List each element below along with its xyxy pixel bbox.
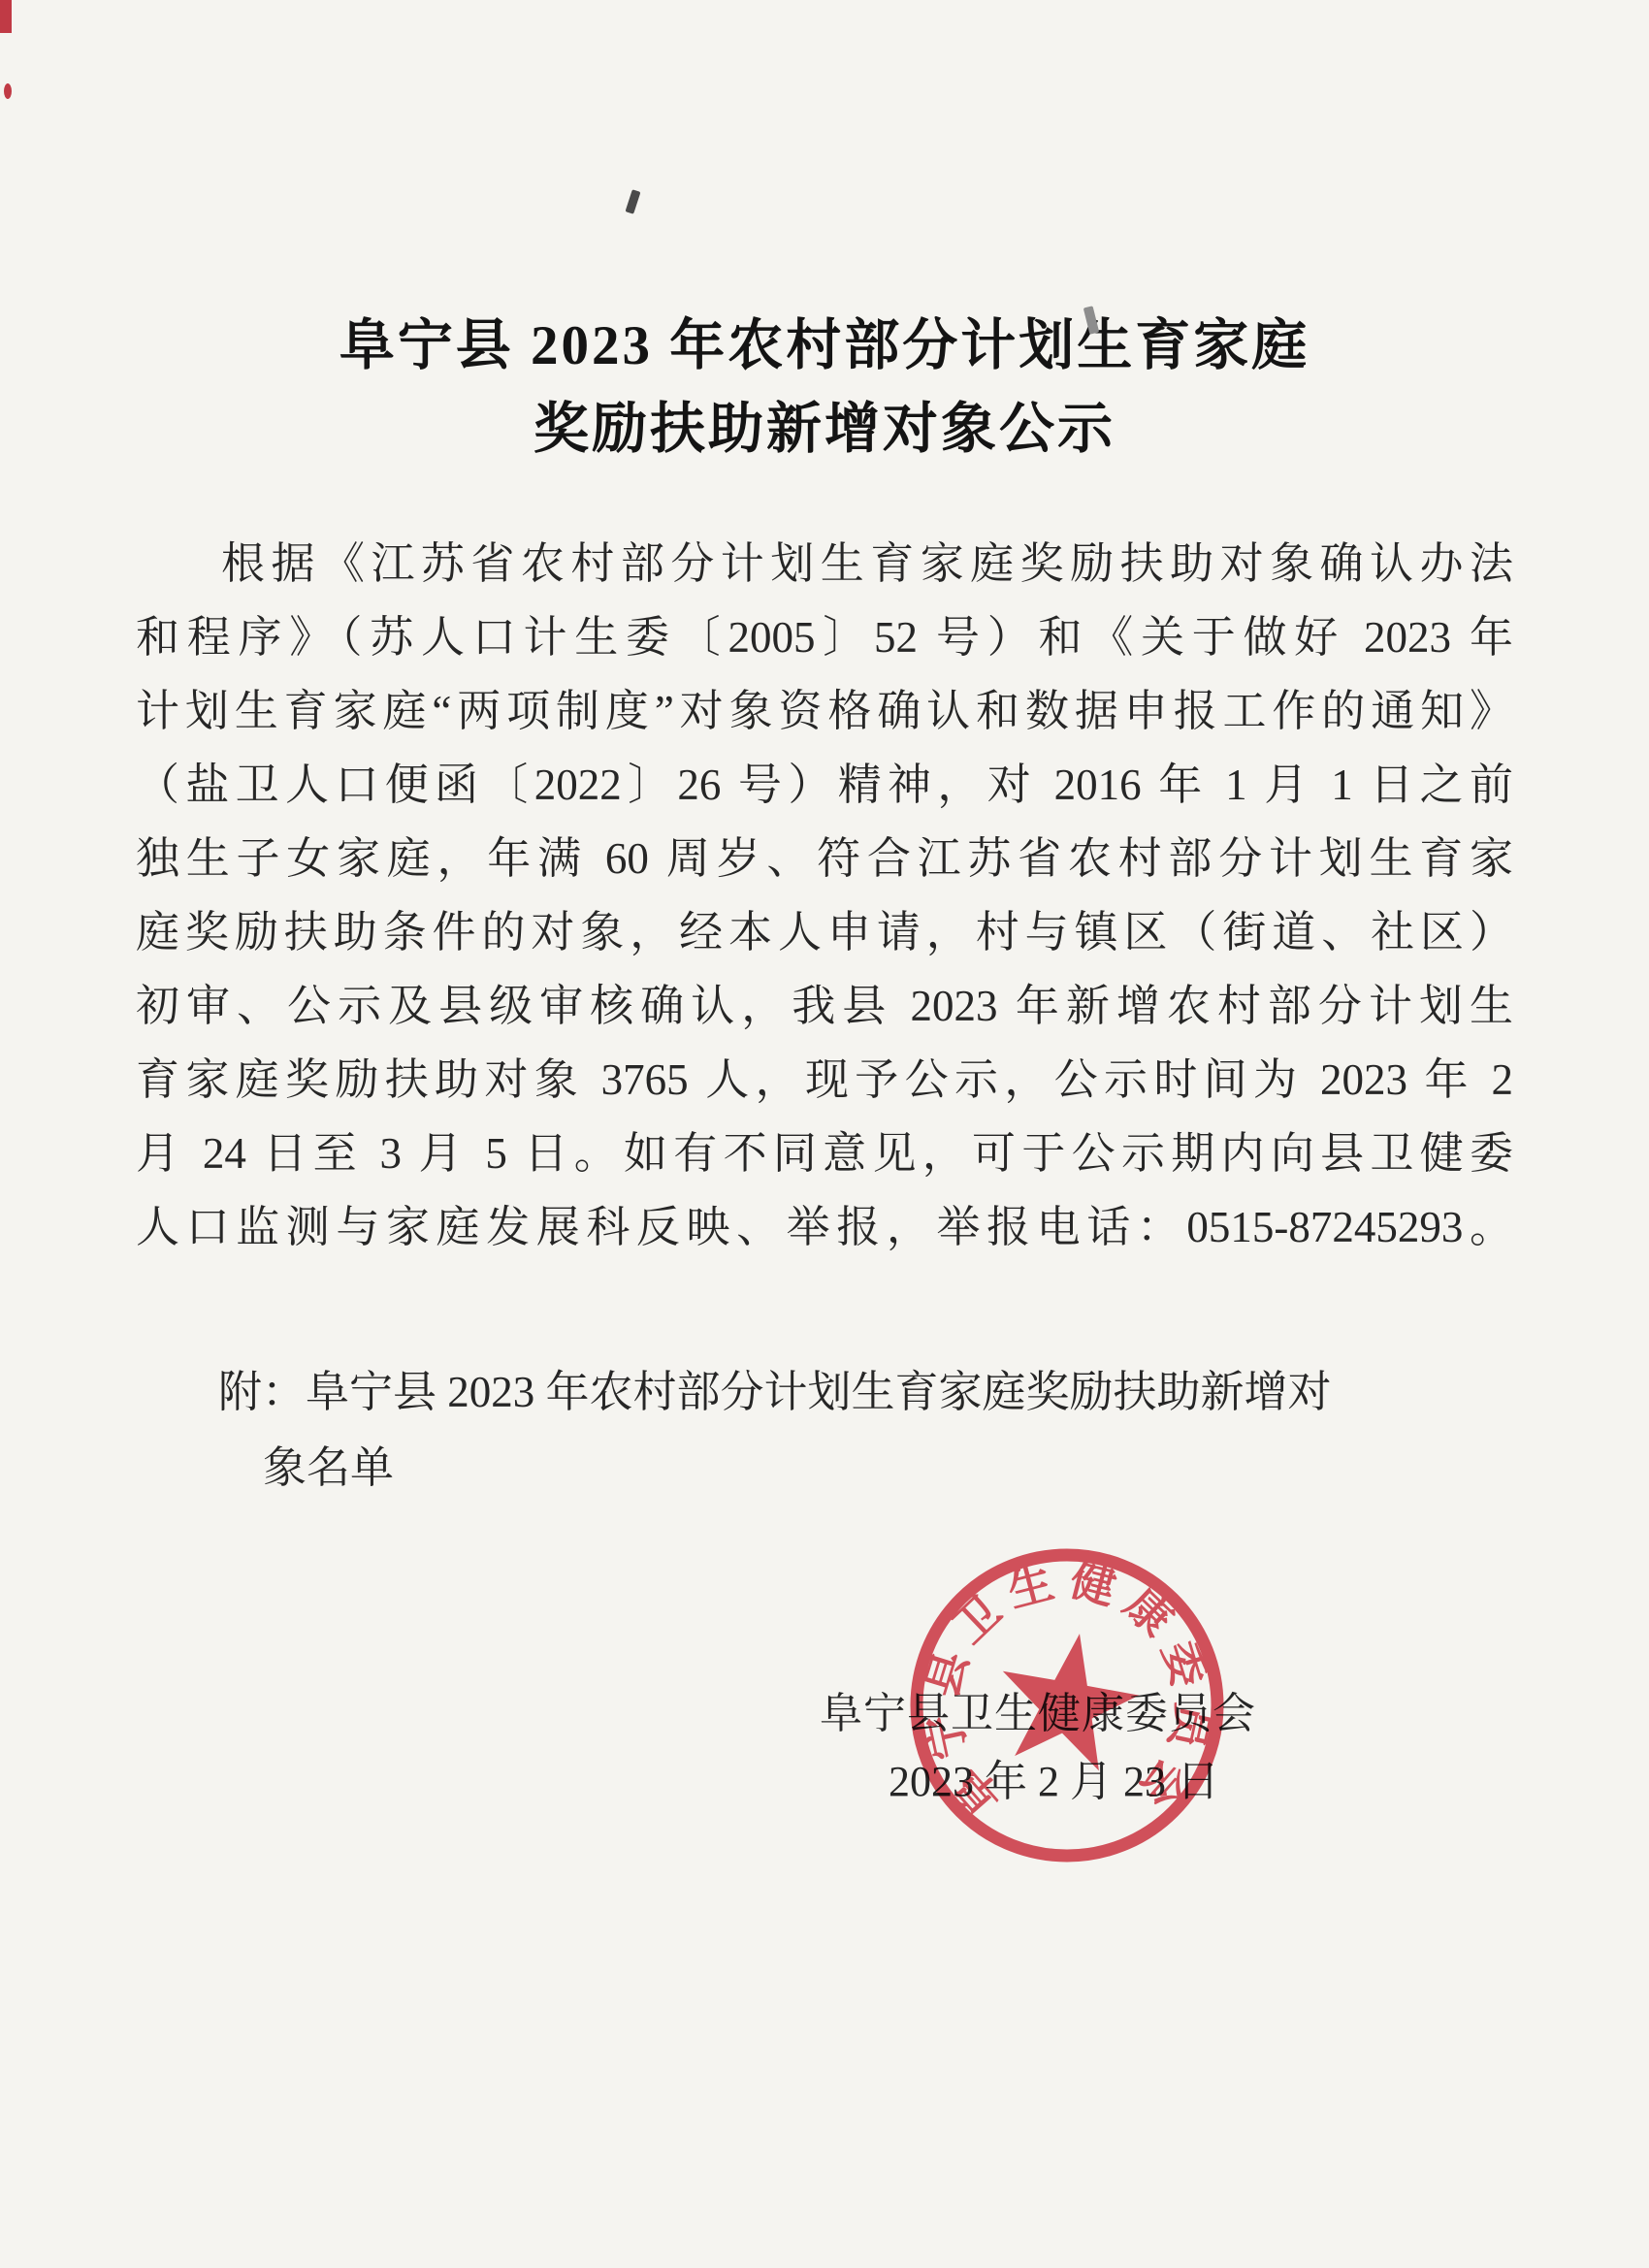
body-line: 育家庭奖励扶助对象 3765 人，现予公示，公示时间为 2023 年 2: [136, 1043, 1513, 1117]
body-line: 初审、公示及县级审核确认，我县 2023 年新增农村部分计划生: [136, 969, 1513, 1043]
scan-corner-mark: [4, 83, 12, 99]
scan-corner-mark: [0, 0, 12, 33]
body-line: 人口监测与家庭发展科反映、举报，举报电话：0515-87245293。: [136, 1190, 1513, 1264]
title-line-1: 阜宁县 2023 年农村部分计划生育家庭: [0, 305, 1649, 388]
title-line-2: 奖励扶助新增对象公示: [0, 388, 1649, 471]
attachment-line-1: 附：阜宁县 2023 年农村部分计划生育家庭奖励扶助新增对: [136, 1354, 1332, 1430]
body-line: 根据《江苏省农村部分计划生育家庭奖励扶助对象确认办法: [136, 527, 1513, 600]
attachment-note: 附：阜宁县 2023 年农村部分计划生育家庭奖励扶助新增对 象名单: [136, 1354, 1332, 1506]
document-title: 阜宁县 2023 年农村部分计划生育家庭 奖励扶助新增对象公示: [0, 305, 1649, 471]
attachment-line-2: 象名单: [136, 1430, 1332, 1506]
scan-speck: [626, 189, 641, 214]
document-body: 根据《江苏省农村部分计划生育家庭奖励扶助对象确认办法 和程序》（苏人口计生委〔2…: [136, 527, 1513, 1264]
body-line: 计划生育家庭“两项制度”对象资格确认和数据申报工作的通知》: [136, 674, 1513, 748]
body-line: 月 24 日至 3 月 5 日。如有不同意见，可于公示期内向县卫健委: [136, 1117, 1513, 1190]
body-line: （盐卫人口便函〔2022〕26 号）精神，对 2016 年 1 月 1 日之前: [136, 748, 1513, 822]
official-seal: 阜宁县卫生健康委员会: [902, 1540, 1232, 1870]
scanned-document-page: 阜宁县 2023 年农村部分计划生育家庭 奖励扶助新增对象公示 根据《江苏省农村…: [0, 0, 1649, 2268]
body-line: 和程序》（苏人口计生委〔2005〕52 号）和《关于做好 2023 年: [136, 600, 1513, 674]
body-line: 庭奖励扶助条件的对象，经本人申请，村与镇区（街道、社区）: [136, 895, 1513, 969]
body-line: 独生子女家庭，年满 60 周岁、符合江苏省农村部分计划生育家: [136, 822, 1513, 895]
seal-star-icon: [1003, 1634, 1140, 1770]
